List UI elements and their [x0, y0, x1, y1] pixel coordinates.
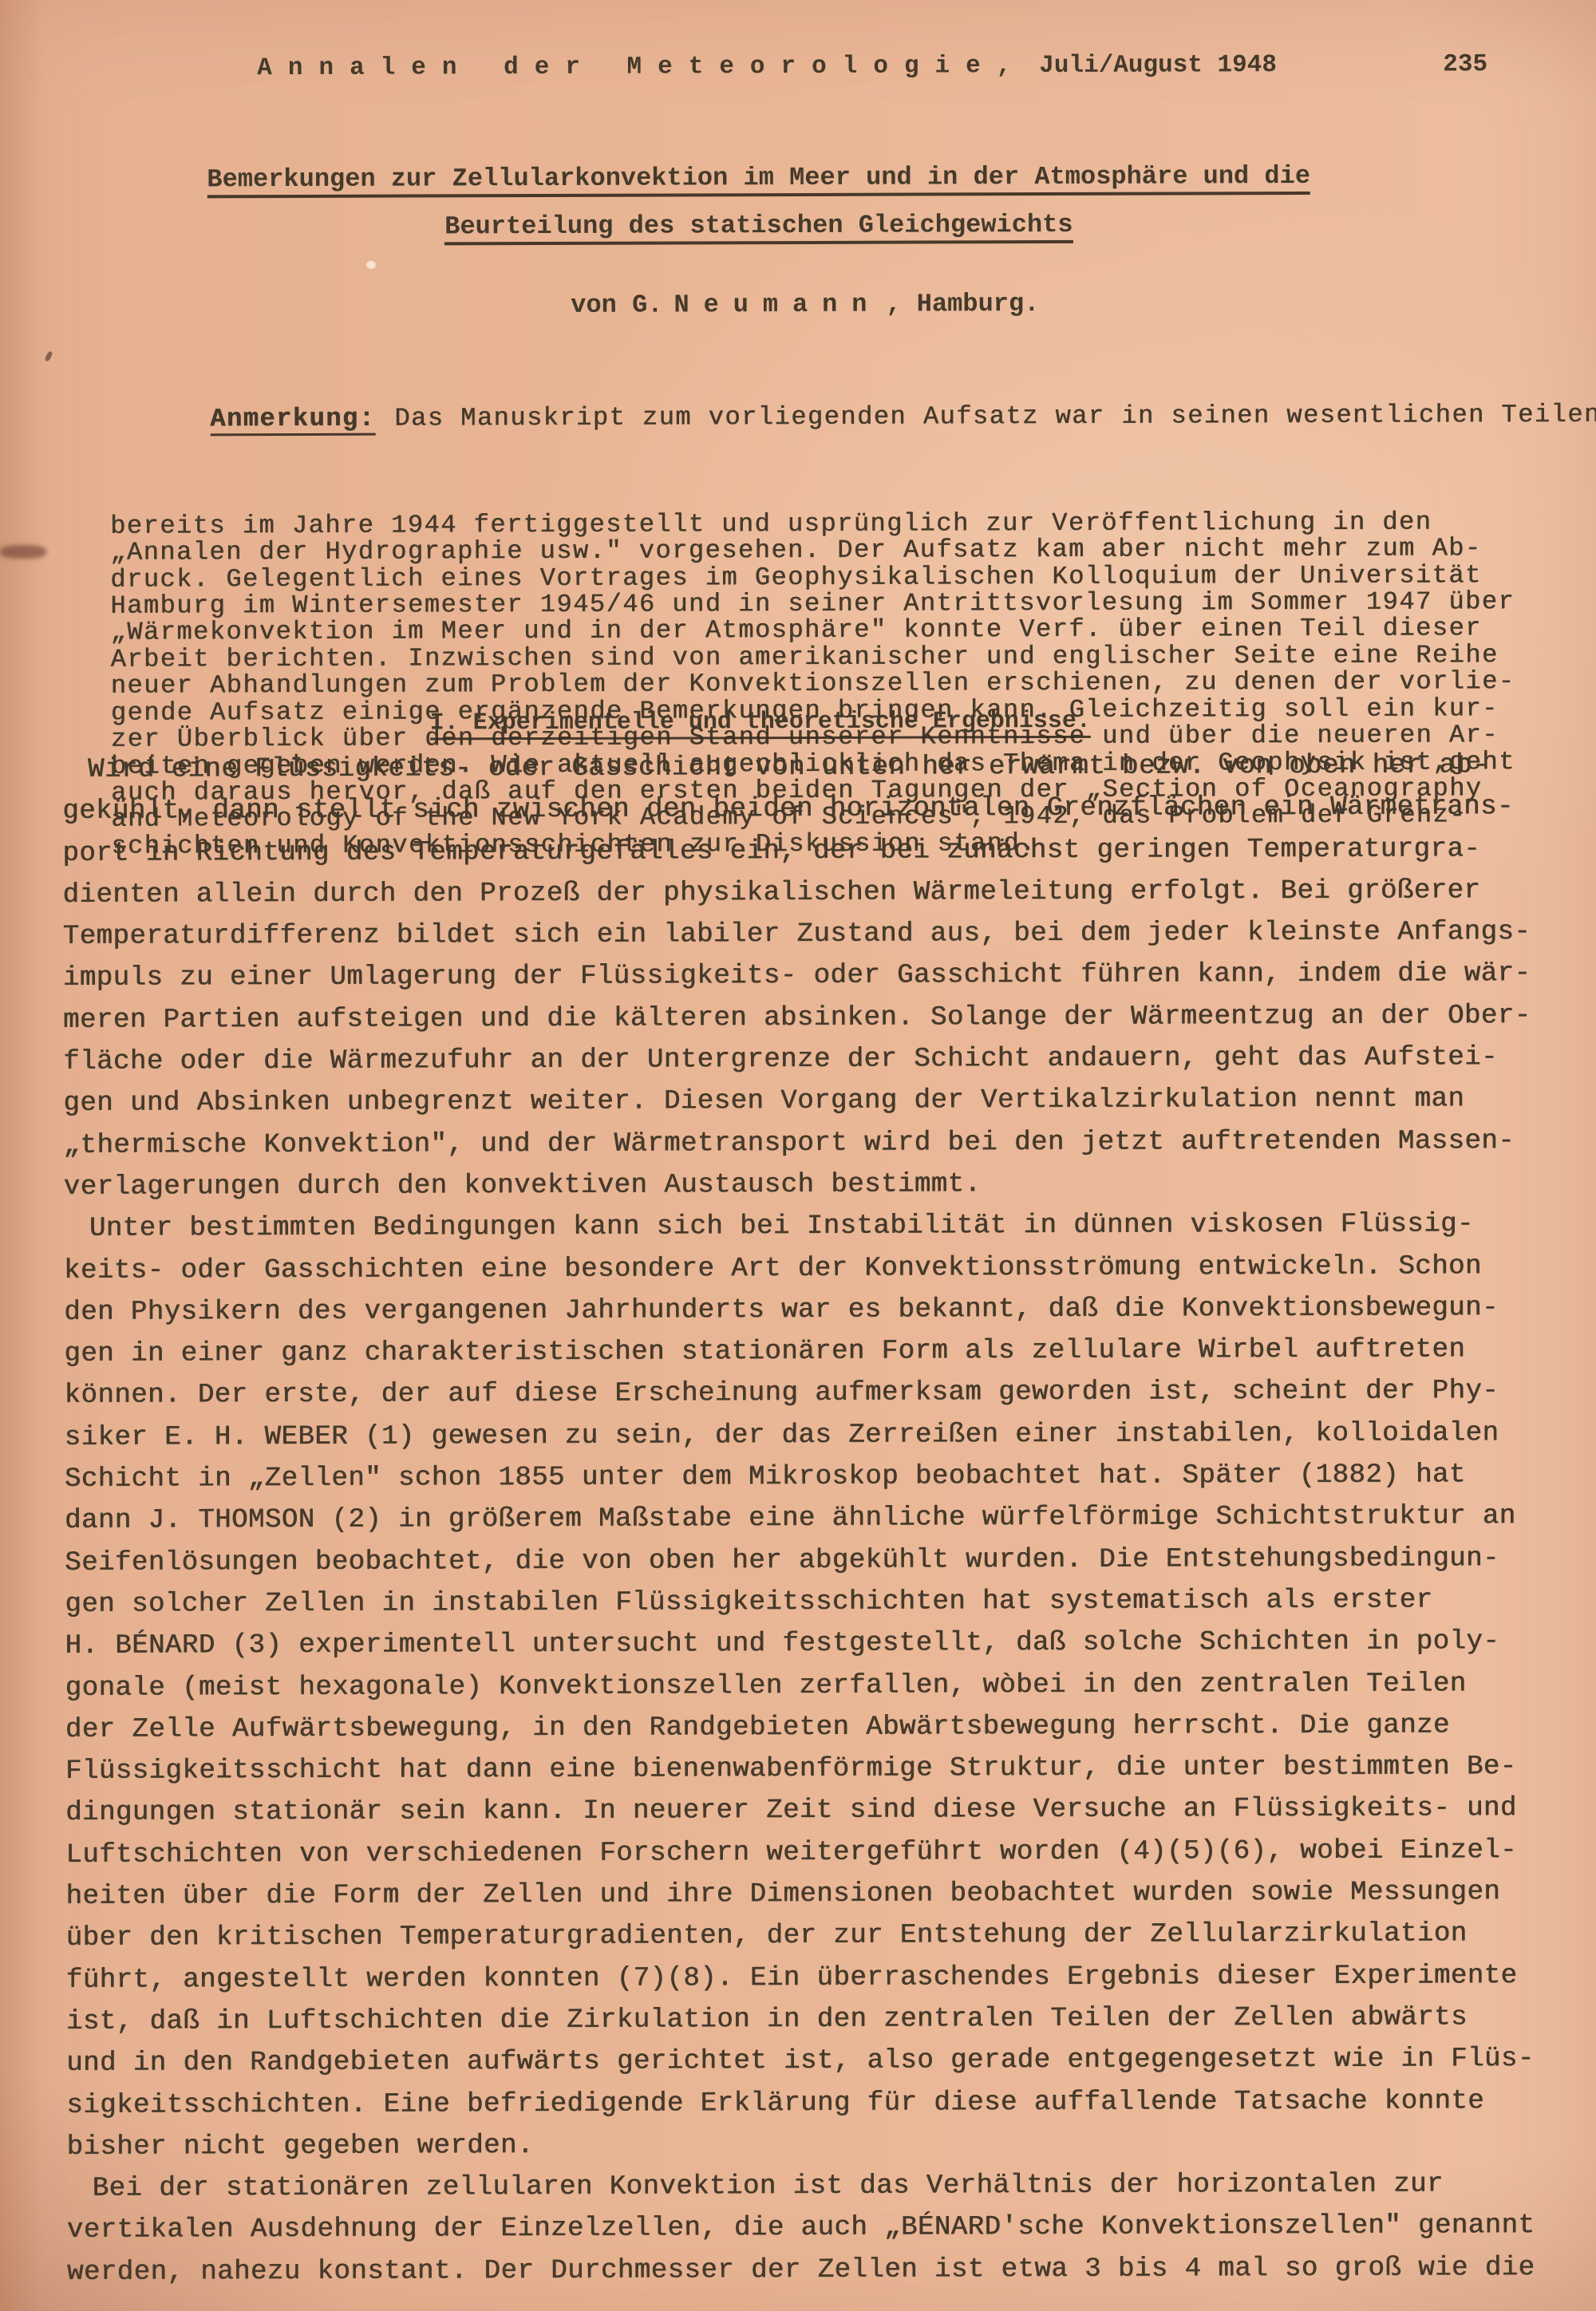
paragraph-1: Wird eine Flüssigkeits- oder Gasschicht …: [62, 745, 1580, 1208]
text-line: dienten allein durch den Prozeß der phys…: [62, 870, 1578, 916]
text-line: werden, nahezu konstant. Der Durchmesser…: [67, 2247, 1583, 2293]
text-line: können. Der erste, der auf diese Erschei…: [64, 1370, 1580, 1416]
text-line: Temperaturdifferenz bildet sich ein labi…: [63, 911, 1579, 958]
text-line: dingungen stationär sein kann. In neuere…: [65, 1788, 1582, 1834]
paragraph-2: Unter bestimmten Bedingungen kann sich b…: [64, 1203, 1583, 2168]
article-title-row-1: Bemerkungen zur Zellularkonvektion im Me…: [1, 160, 1517, 195]
text-line: fläche oder die Wärmezufuhr an der Unter…: [63, 1037, 1579, 1083]
text-line: vertikalen Ausdehnung der Einzelzellen, …: [67, 2205, 1583, 2251]
author-suffix: , Hamburg.: [886, 289, 1039, 319]
text-line: „thermische Konvektion", und der Wärmetr…: [63, 1120, 1579, 1167]
text-line: H. BÉNARD (3) experimentell untersucht u…: [65, 1621, 1581, 1667]
text-line: Bei der stationären zellularen Konvektio…: [67, 2163, 1583, 2210]
article-title-row-2: Beurteilung des statischen Gleichgewicht…: [1, 208, 1517, 243]
dark-corner-stain: [0, 0, 73, 57]
section-heading-row: I. Experimentelle und theoretische Ergeb…: [2, 706, 1519, 738]
paper-speck-light: [366, 261, 376, 269]
note-label: Anmerkung:: [210, 404, 375, 437]
article-body: Wird eine Flüssigkeits- oder Gasschicht …: [62, 745, 1583, 2293]
text-line: sigkeitsschichten. Eine befriedigende Er…: [66, 2080, 1582, 2126]
page-number: 235: [1443, 50, 1487, 78]
text-line: heiten über die Form der Zellen und ihre…: [65, 1871, 1582, 1918]
scanned-journal-page: Annalen der Meteorologie, Juli/August 19…: [0, 0, 1596, 2311]
paragraph-3: Bei der stationären zellularen Konvektio…: [67, 2163, 1583, 2293]
text-line: Flüssigkeitsschicht hat dann eine bienen…: [65, 1746, 1582, 1792]
journal-name: Annalen der Meteorologie,: [257, 52, 1027, 82]
text-line: siker E. H. WEBER (1) gewesen zu sein, d…: [65, 1412, 1581, 1459]
text-line: über den kritischen Temperaturgradienten…: [66, 1913, 1582, 1959]
text-line: ist, daß in Luftschichten die Zirkulatio…: [66, 1997, 1582, 2043]
section-heading: I. Experimentelle und theoretische Ergeb…: [430, 708, 1091, 741]
text-line: bisher nicht gegeben werden.: [66, 2122, 1582, 2168]
text-line: meren Partien aufsteigen und die kältere…: [63, 995, 1579, 1041]
text-line: gen solcher Zellen in instabilen Flüssig…: [65, 1579, 1581, 1626]
text-line: keits- oder Gasschichten eine besondere …: [64, 1245, 1580, 1291]
text-line: Luftschichten von verschiedenen Forscher…: [65, 1830, 1582, 1876]
text-line: Wird eine Flüssigkeits- oder Gasschicht …: [62, 745, 1578, 791]
note-first-line-text: Das Manuskript zum vorliegenden Aufsatz …: [394, 400, 1596, 433]
text-line: und in den Randgebieten aufwärts gericht…: [66, 2038, 1582, 2084]
text-line: dann J. THOMSON (2) in größerem Maßstabe…: [65, 1495, 1581, 1542]
text-line: den Physikern des vergangenen Jahrhunder…: [64, 1287, 1580, 1333]
text-line: gekühlt, dann stellt sich zwischen den b…: [62, 786, 1578, 832]
text-line: gen und Absinken unbegrenzt weiter. Dies…: [63, 1078, 1579, 1124]
note-first-line: Anmerkung:Das Manuskript zum vorliegende…: [77, 375, 1596, 460]
text-line: gen in einer ganz charakteristischen sta…: [64, 1329, 1580, 1375]
author-name: Neumann: [674, 290, 881, 320]
text-line: Schicht in „Zellen" schon 1855 unter dem…: [65, 1454, 1581, 1500]
page-content: Annalen der Meteorologie, Juli/August 19…: [0, 0, 1596, 2311]
text-line: Seifenlösungen beobachtet, die von oben …: [65, 1538, 1581, 1584]
issue-date: Juli/August 1948: [1039, 51, 1277, 80]
text-line: Unter bestimmten Bedingungen kann sich b…: [64, 1203, 1580, 1250]
author-prefix: von G.: [571, 290, 662, 320]
text-line: verlagerungen durch den konvektiven Aust…: [64, 1162, 1580, 1208]
text-line: führt, angestellt werden konnten (7)(8).…: [66, 1955, 1582, 2001]
ink-smudge: [0, 545, 46, 559]
text-line: port in Richtung des Temperaturgefälles …: [62, 828, 1578, 875]
article-title-line-2: Beurteilung des statischen Gleichgewicht…: [444, 210, 1073, 245]
text-line: gonale (meist hexagonale) Konvektionszel…: [65, 1662, 1582, 1709]
text-line: impuls zu einer Umlagerung der Flüssigke…: [63, 953, 1579, 999]
article-title-line-1: Bemerkungen zur Zellularkonvektion im Me…: [207, 161, 1310, 198]
running-head: Annalen der Meteorologie, Juli/August 19…: [0, 50, 1596, 55]
text-line: der Zelle Aufwärtsbewegung, in den Randg…: [65, 1705, 1582, 1751]
